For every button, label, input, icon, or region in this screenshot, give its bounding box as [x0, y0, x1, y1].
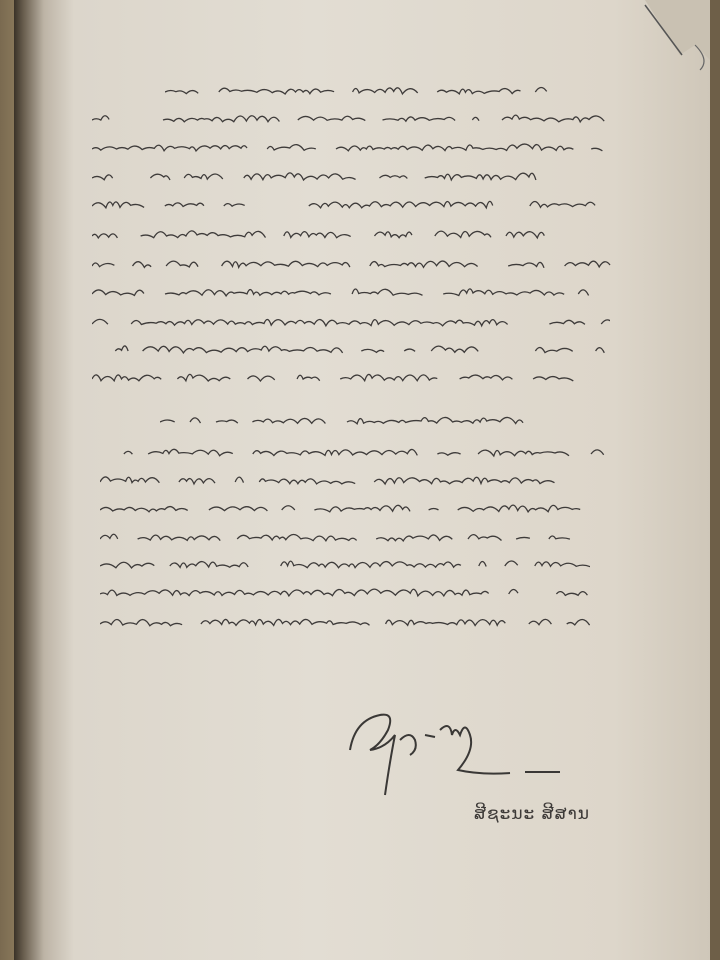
handwritten-line: [100, 444, 605, 460]
signatory-name: ສີຊະນະ ສີສານ: [474, 804, 590, 824]
handwritten-line: [165, 82, 555, 98]
handwritten-line: [92, 314, 610, 330]
handwritten-line: [160, 412, 545, 428]
handwritten-line: [92, 369, 580, 385]
handwritten-line: [92, 256, 615, 272]
handwritten-line: [100, 556, 590, 572]
handwritten-line: [100, 529, 575, 545]
handwritten-line: [92, 341, 605, 357]
signature: [340, 690, 570, 800]
handwritten-line: [92, 196, 600, 212]
handwritten-line: [92, 110, 610, 126]
handwritten-line: [100, 500, 585, 516]
handwritten-line: [100, 584, 590, 600]
handwritten-line: [100, 472, 560, 488]
torn-corner: [640, 0, 710, 80]
handwritten-line: [92, 226, 550, 242]
handwritten-line: [100, 614, 590, 630]
handwritten-line: [92, 139, 610, 155]
handwritten-line: [92, 284, 600, 300]
handwritten-line: [92, 168, 560, 184]
